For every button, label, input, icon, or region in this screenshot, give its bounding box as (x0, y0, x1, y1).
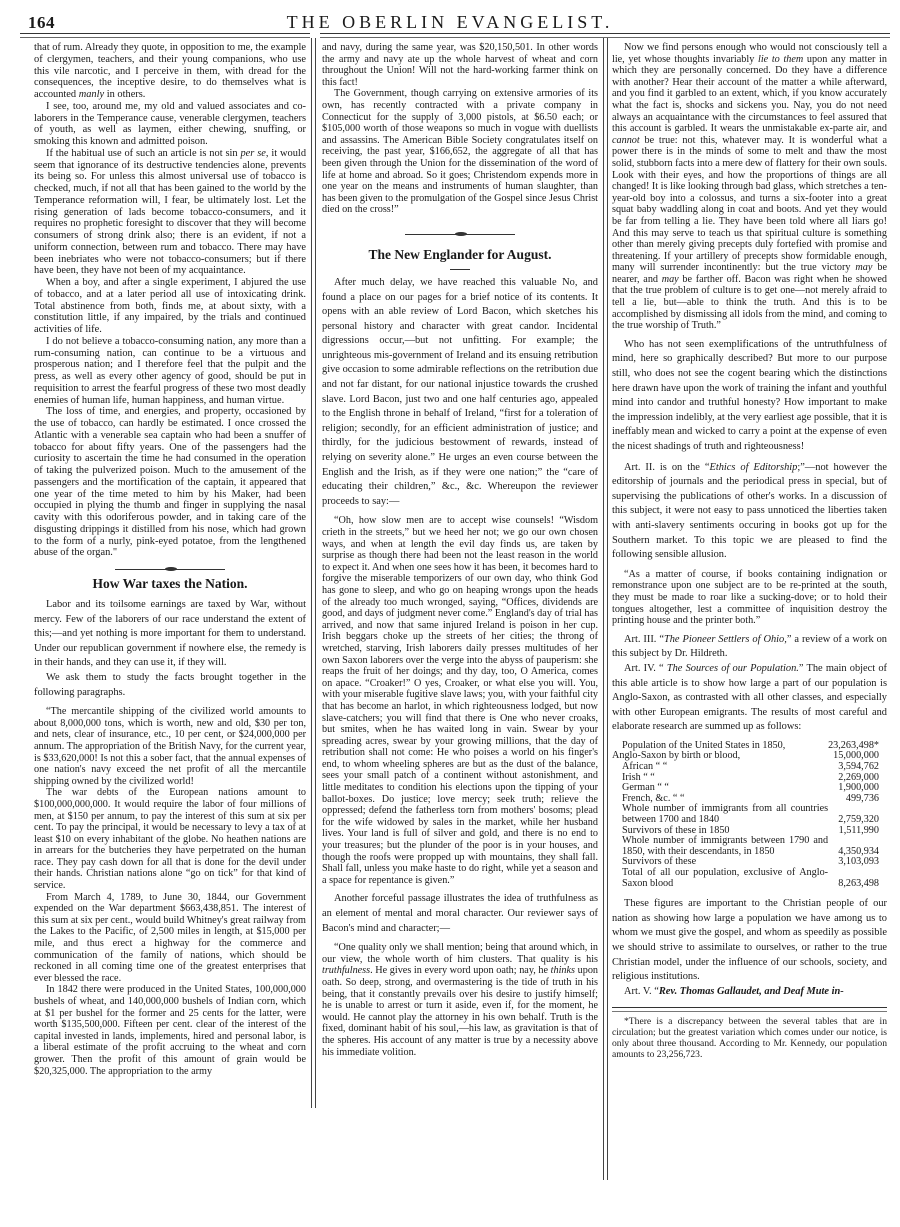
population-value: 499,736 (828, 794, 887, 805)
quoted-paragraph: From March 4, 1789, to June 30, 1844, ou… (34, 892, 306, 985)
paragraph: The loss of time, and energies, and prop… (34, 406, 306, 559)
population-value: 4,350,934 (828, 836, 887, 857)
quoted-paragraph: Now we find persons enough who would not… (612, 42, 887, 332)
quoted-paragraph: “As a matter of course, if books contain… (612, 569, 887, 627)
column-divider-1 (311, 38, 316, 1108)
paragraph: Art. IV. “ The Sources of our Population… (612, 662, 887, 735)
article-heading-new-englander: The New Englander for August. (322, 247, 598, 263)
population-value: 1,511,990 (828, 826, 887, 837)
population-label: Total of all our population, exclusive o… (612, 868, 828, 889)
quoted-paragraph: “Oh, how slow men are to accept wise cou… (322, 515, 598, 886)
population-value: 8,263,498 (828, 868, 887, 889)
paragraph: Art. II. is on the “Ethics of Editorship… (612, 461, 887, 563)
page-number: 164 (28, 13, 55, 33)
column-1: that of rum. Already they quote, in oppo… (34, 42, 306, 1077)
table-row: Whole number of immigrants between 1790 … (612, 836, 887, 857)
heading-underline (450, 269, 470, 270)
paragraph: We ask them to study the facts brought t… (34, 671, 306, 700)
paragraph: Art. III. “The Pioneer Settlers of Ohio,… (612, 633, 887, 662)
paragraph: Who has not seen exemplifications of the… (612, 338, 887, 455)
table-row: Total of all our population, exclusive o… (612, 868, 887, 889)
paragraph: After much delay, we have reached this v… (322, 276, 598, 510)
quoted-paragraph: The war debts of the European nations am… (34, 787, 306, 891)
population-label: Whole number of immigrants from all coun… (612, 804, 828, 825)
section-divider-ornament (115, 569, 225, 570)
paragraph: I see, too, around me, my old and valued… (34, 101, 306, 148)
paragraph: Labor and its toilsome earnings are taxe… (34, 598, 306, 671)
footnote: *There is a discrepancy between the seve… (612, 1017, 887, 1060)
paragraph: These figures are important to the Chris… (612, 897, 887, 985)
section-divider-ornament (405, 234, 515, 235)
paragraph: I do not believe a tobacco-consuming nat… (34, 336, 306, 407)
population-value: 2,759,320 (828, 804, 887, 825)
quoted-paragraph: “One quality only we shall mention; bein… (322, 942, 598, 1058)
paragraph: that of rum. Already they quote, in oppo… (34, 42, 306, 101)
footnote-rule (612, 1007, 887, 1012)
population-value: 3,103,093 (828, 857, 887, 868)
paragraph: Art. V. “Rev. Thomas Gallaudet, and Deaf… (612, 985, 887, 1000)
header-rule-left (20, 33, 310, 38)
column-divider-2 (603, 38, 608, 1180)
paragraph: If the habitual use of such an article i… (34, 148, 306, 277)
quoted-paragraph: In 1842 there were produced in the Unite… (34, 984, 306, 1077)
paragraph: Another forceful passage illustrates the… (322, 892, 598, 936)
table-row: Whole number of immigrants from all coun… (612, 804, 887, 825)
quoted-paragraph: and navy, during the same year, was $20,… (322, 42, 598, 88)
article-heading-war: How War taxes the Nation. (34, 576, 306, 592)
masthead: 164 THE OBERLIN EVANGELIST. (0, 0, 900, 40)
quoted-paragraph: “The mercantile shipping of the civilize… (34, 706, 306, 787)
newspaper-title: THE OBERLIN EVANGELIST. (190, 12, 710, 33)
paragraph: When a boy, and after a single experimen… (34, 277, 306, 336)
column-3: Now we find persons enough who would not… (612, 42, 887, 1061)
population-table: Population of the United States in 1850,… (612, 741, 887, 889)
population-label: Whole number of immigrants between 1790 … (612, 836, 828, 857)
quoted-paragraph: The Government, though carrying on exten… (322, 88, 598, 216)
column-2: and navy, during the same year, was $20,… (322, 42, 598, 1058)
